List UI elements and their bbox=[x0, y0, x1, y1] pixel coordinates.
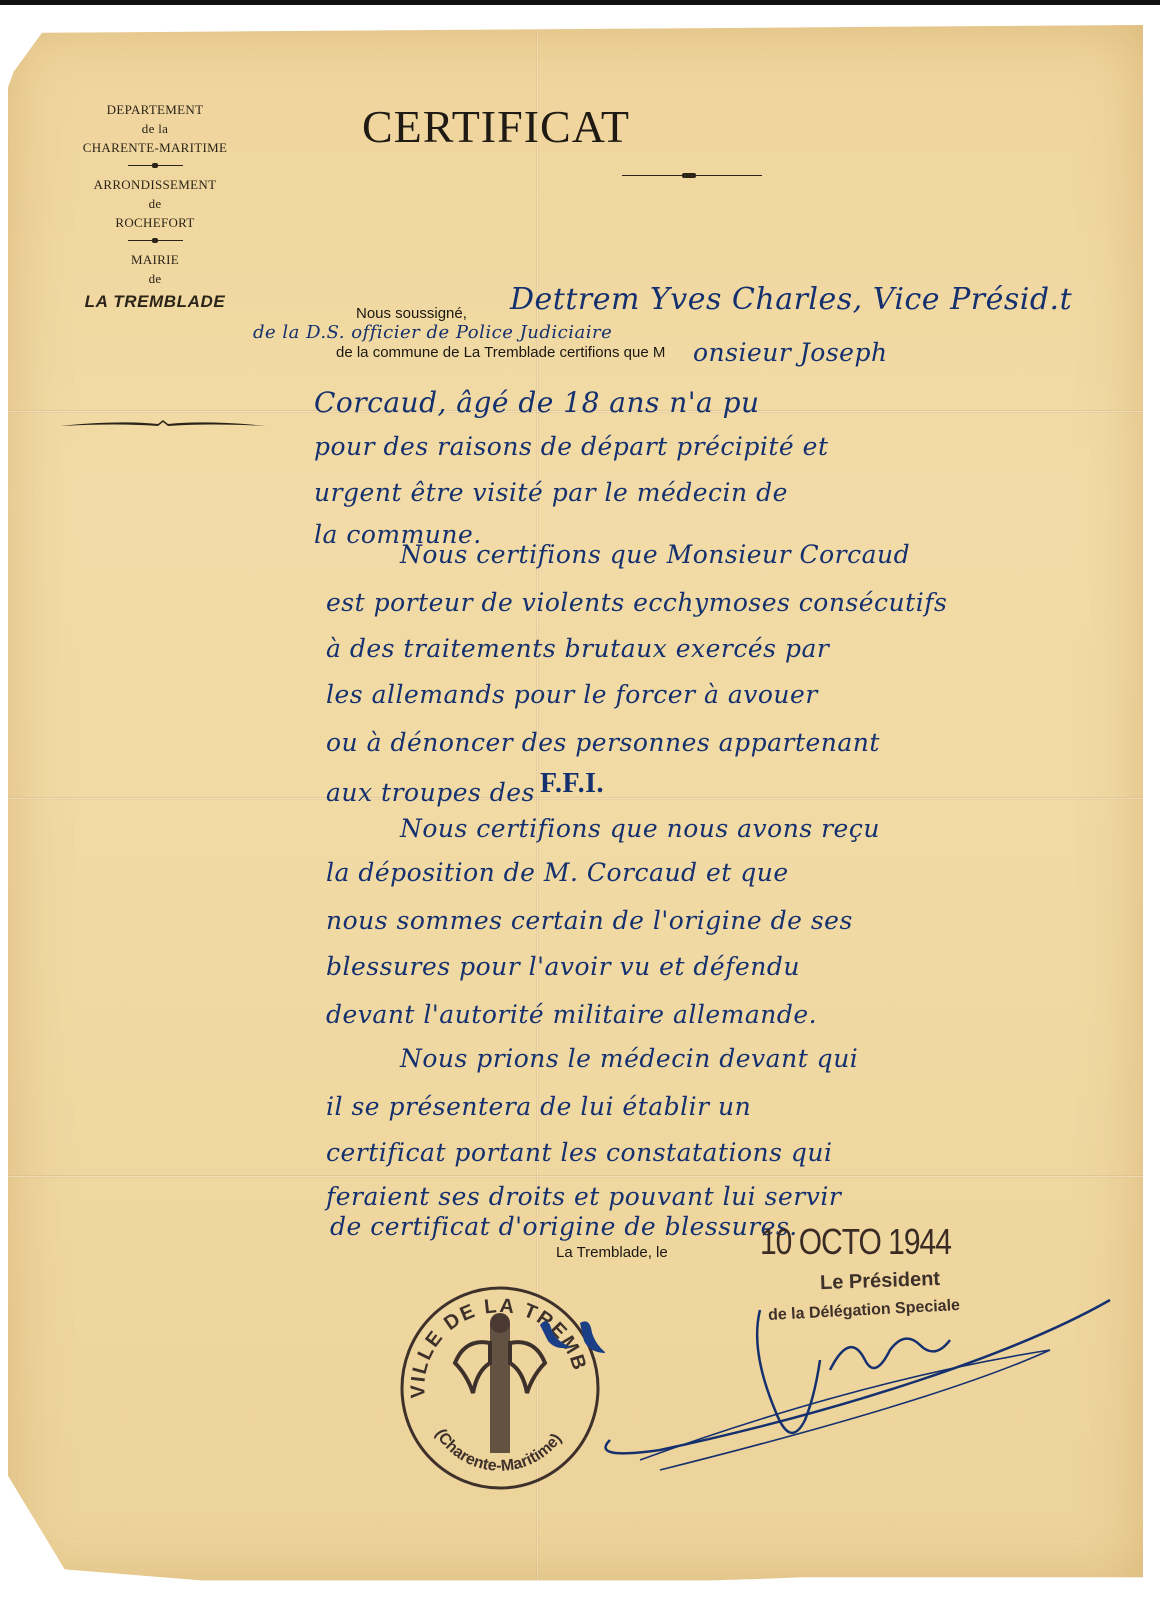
handwritten-line: Nous certifions que Monsieur Corcaud bbox=[400, 540, 910, 569]
letterhead-line: CHARENTE-MARITIME bbox=[45, 138, 265, 157]
letterhead-line: MAIRIE bbox=[45, 250, 265, 269]
handwritten-line: pour des raisons de départ précipité et bbox=[314, 432, 829, 461]
handwritten-line: est porteur de violents ecchymoses consé… bbox=[326, 588, 947, 617]
signature-text: Dettrem bbox=[799, 1388, 804, 1391]
ornament-divider-icon bbox=[128, 161, 183, 171]
handwritten-line: Dettrem Yves Charles, Vice Présid.t bbox=[510, 282, 1072, 317]
printed-commune-line: de la commune de La Tremblade certifions… bbox=[336, 344, 665, 361]
letterhead: DEPARTEMENT de la CHARENTE-MARITIME ARRO… bbox=[45, 100, 265, 311]
municipal-seal-icon: VILLE DE LA TREMBLADE (Charente-Maritime… bbox=[395, 1283, 605, 1493]
letterhead-line: ROCHEFORT bbox=[45, 213, 265, 232]
handwritten-line: de certificat d'origine de blessures. bbox=[330, 1212, 798, 1241]
top-border bbox=[0, 0, 1160, 5]
letterhead-town: LA TREMBLADE bbox=[45, 292, 265, 311]
handwritten-line: nous sommes certain de l'origine de ses bbox=[326, 906, 853, 935]
letterhead-line: de la bbox=[45, 119, 265, 138]
handwritten-line: de la D.S. officier de Police Judiciaire bbox=[253, 322, 612, 343]
handwritten-line: ou à dénoncer des personnes appartenant bbox=[326, 728, 880, 757]
swash-ornament-icon bbox=[58, 418, 268, 430]
handwritten-line: aux troupes des bbox=[326, 778, 535, 807]
handwritten-line: la déposition de M. Corcaud et que bbox=[326, 858, 789, 887]
fold-line bbox=[8, 1175, 1143, 1178]
handwritten-line: devant l'autorité militaire allemande. bbox=[326, 1000, 817, 1029]
printed-intro: Nous soussigné, bbox=[356, 305, 467, 322]
handwritten-ffi: F.F.I. bbox=[540, 768, 604, 800]
handwritten-line: Nous prions le médecin devant qui bbox=[400, 1044, 858, 1073]
handwritten-line: certificat portant les constatations qui bbox=[326, 1138, 833, 1167]
handwritten-line: Nous certifions que nous avons reçu bbox=[400, 814, 880, 843]
handwritten-line: onsieur Joseph bbox=[693, 338, 888, 367]
signature: Dettrem bbox=[600, 1290, 1130, 1480]
handwritten-line: les allemands pour le forcer à avouer bbox=[326, 680, 818, 709]
handwritten-line: il se présentera de lui établir un bbox=[326, 1092, 751, 1121]
handwritten-line: blessures pour l'avoir vu et défendu bbox=[326, 952, 800, 981]
letterhead-line: ARRONDISSEMENT bbox=[45, 175, 265, 194]
letterhead-line: de bbox=[45, 269, 265, 288]
page-title: CERTIFICAT bbox=[362, 100, 630, 153]
handwritten-line: à des traitements brutaux exercés par bbox=[326, 634, 829, 663]
handwritten-line: feraient ses droits et pouvant lui servi… bbox=[326, 1182, 841, 1211]
date-stamp: 10 OCTO 1944 bbox=[760, 1223, 951, 1264]
printed-place-date: La Tremblade, le bbox=[556, 1244, 668, 1261]
ornament-divider-icon bbox=[128, 236, 183, 246]
title-ornament-icon bbox=[622, 172, 762, 180]
handwritten-line: urgent être visité par le médecin de bbox=[314, 478, 788, 507]
letterhead-line: de bbox=[45, 194, 265, 213]
letterhead-line: DEPARTEMENT bbox=[45, 100, 265, 119]
handwritten-line: Corcaud, âgé de 18 ans n'a pu bbox=[314, 386, 760, 419]
